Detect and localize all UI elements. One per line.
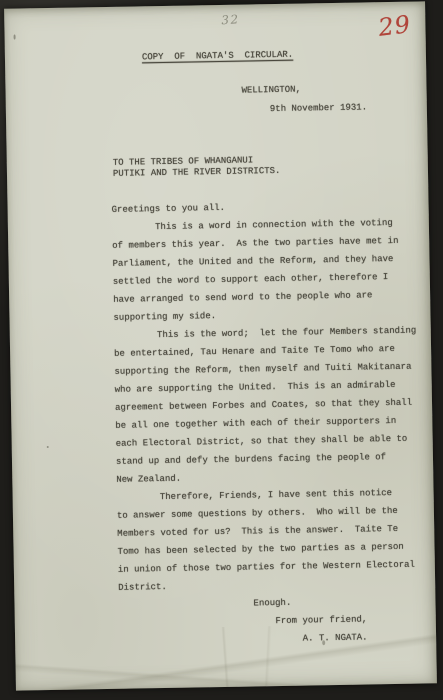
circular-title: COPY OF NGATA'S CIRCULAR. xyxy=(142,50,293,63)
ink-smudge xyxy=(322,640,325,645)
typed-body: Greetings to you all. This is a word in … xyxy=(111,196,421,651)
pencil-page-number: 32 xyxy=(221,12,240,27)
recipient-line: PUTIKI AND THE RIVER DISTRICTS. xyxy=(113,166,281,180)
paper-speck xyxy=(47,446,49,448)
dateline-place: WELLINGTON, xyxy=(241,85,301,96)
recipient-block: TO THE TRIBES OF WHANGANUIPUTIKI AND THE… xyxy=(113,155,281,180)
dateline-date: 9th November 1931. xyxy=(270,102,367,114)
paper: 32 29 COPY OF NGATA'S CIRCULAR. WELLINGT… xyxy=(4,1,437,690)
paper-speck xyxy=(14,35,16,40)
typed-line: A. T. NGATA. xyxy=(119,628,422,651)
photo-background: 32 29 COPY OF NGATA'S CIRCULAR. WELLINGT… xyxy=(0,0,443,700)
red-folio-number: 29 xyxy=(377,10,413,42)
